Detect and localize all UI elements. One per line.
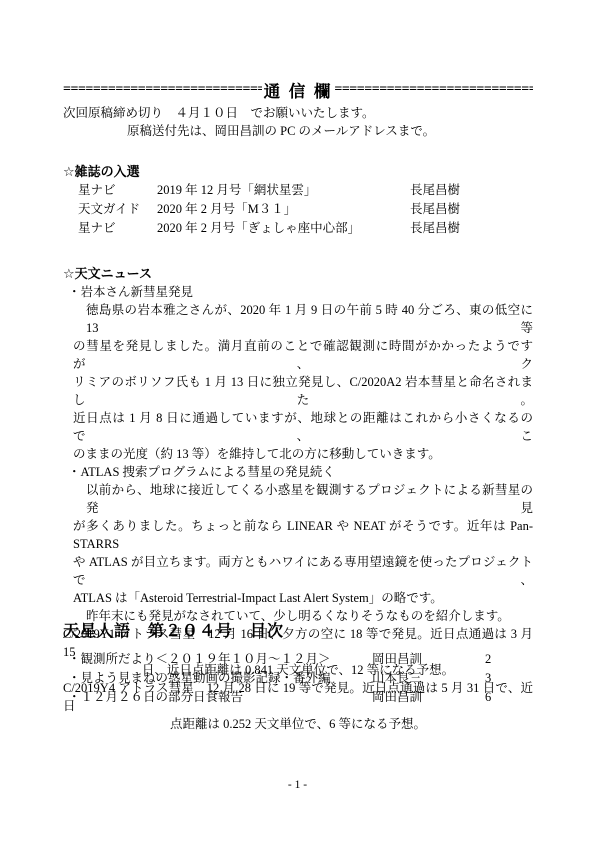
toc-row: ・見よう見まねの惑星動画の撮影記録・番外編 山本良三 3	[63, 669, 533, 688]
magazine-issue: 2020 年 2 月号「M３１」	[157, 200, 410, 219]
news-line: 近日点は 1 月 8 日に通過していますが、地球との距離はこれから小さくなるので…	[73, 409, 533, 445]
news-line: や ATLAS が目立ちます。両方ともハワイにある専用望遠鏡を使ったプロジェクト…	[73, 553, 533, 589]
news-line: が多くありました。ちょっと前なら LINEAR や NEAT がそうです。近年は…	[73, 517, 533, 553]
magazine-author: 長尾昌樹	[410, 181, 533, 200]
deadline-line: 次回原稿締め切り ４月１０日 でお願いいたします。	[63, 104, 533, 122]
magazine-row: 星ナビ 2019 年 12 月号「網状星雲」 長尾昌樹	[63, 181, 533, 200]
masthead: ========================================…	[63, 78, 533, 101]
news-line: 以前から、地球に接近してくる小惑星を観測するプロジェクトによる新彗星の発見	[73, 481, 533, 517]
magazine-row: 星ナビ 2020 年 2 月号「ぎょしゃ座中心部」 長尾昌樹	[63, 219, 533, 238]
toc-page: 6	[485, 688, 533, 707]
comet-entry-line: 点距離は 0.252 天文単位で、6 等になる予想。	[63, 715, 533, 733]
toc-title: ・観測所だより＜２０１９年１０月～１２月＞	[68, 650, 372, 669]
page-number: - 1 -	[0, 779, 595, 791]
newsletter-page: ========================================…	[0, 0, 595, 842]
masthead-rule-right: ========================================…	[334, 82, 533, 98]
toc-row: ・１２月２６日の部分日食報告 岡田昌訓 6	[63, 688, 533, 707]
masthead-title: 通 信 欄	[262, 78, 335, 102]
toc-page: 2	[485, 650, 533, 669]
news-item-title: ・ATLAS 捜索プログラムによる彗星の発見続く	[63, 463, 533, 481]
magazine-issue: 2020 年 2 月号「ぎょしゃ座中心部」	[157, 219, 410, 238]
magazine-author: 長尾昌樹	[410, 219, 533, 238]
masthead-rule-left: ========================================…	[63, 82, 262, 98]
magazine-name: 星ナビ	[78, 219, 157, 238]
toc-author: 山本良三	[372, 669, 485, 688]
magazine-name: 天文ガイド	[78, 200, 157, 219]
news-section-heading: ☆天文ニュース	[63, 265, 533, 283]
magazine-row: 天文ガイド 2020 年 2 月号「M３１」 長尾昌樹	[63, 200, 533, 219]
news-item-title: ・岩本さん新彗星発見	[63, 283, 533, 301]
toc-author: 岡田昌訓	[372, 688, 485, 707]
toc-heading: 天星人語 第２０４号 目次	[63, 618, 284, 641]
toc-page: 3	[485, 669, 533, 688]
news-line: の彗星を発見しました。満月直前のことで確認観測に時間がかかったようですが、ク	[73, 337, 533, 373]
toc-row: ・観測所だより＜２０１９年１０月～１２月＞ 岡田昌訓 2	[63, 650, 533, 669]
magazine-issue: 2019 年 12 月号「網状星雲」	[157, 181, 410, 200]
magazine-section-heading: ☆雑誌の入選	[63, 162, 533, 181]
deadline-notice: 次回原稿締め切り ４月１０日 でお願いいたします。 原稿送付先は、岡田昌訓の P…	[63, 104, 533, 140]
toc-title: ・見よう見まねの惑星動画の撮影記録・番外編	[68, 669, 372, 688]
magazine-author: 長尾昌樹	[410, 200, 533, 219]
news-line: のままの光度（約 13 等）を維持して北の方に移動していきます。	[73, 445, 533, 463]
submission-address-line: 原稿送付先は、岡田昌訓の PC のメールアドレスまで。	[63, 122, 533, 140]
news-line: リミアのボリソフ氏も 1 月 13 日に独立発見し、C/2020A2 岩本彗星と…	[73, 373, 533, 409]
magazine-selection-section: ☆雑誌の入選 星ナビ 2019 年 12 月号「網状星雲」 長尾昌樹 天文ガイド…	[63, 162, 533, 238]
magazine-name: 星ナビ	[78, 181, 157, 200]
news-line: ATLAS は「Asteroid Terrestrial-Impact Last…	[73, 589, 533, 607]
news-line: 徳島県の岩本雅之さんが、2020 年 1 月 9 日の午前 5 時 40 分ごろ…	[73, 301, 533, 337]
toc-section: ・観測所だより＜２０１９年１０月～１２月＞ 岡田昌訓 2 ・見よう見まねの惑星動…	[63, 650, 533, 707]
toc-title: ・１２月２６日の部分日食報告	[68, 688, 372, 707]
toc-author: 岡田昌訓	[372, 650, 485, 669]
